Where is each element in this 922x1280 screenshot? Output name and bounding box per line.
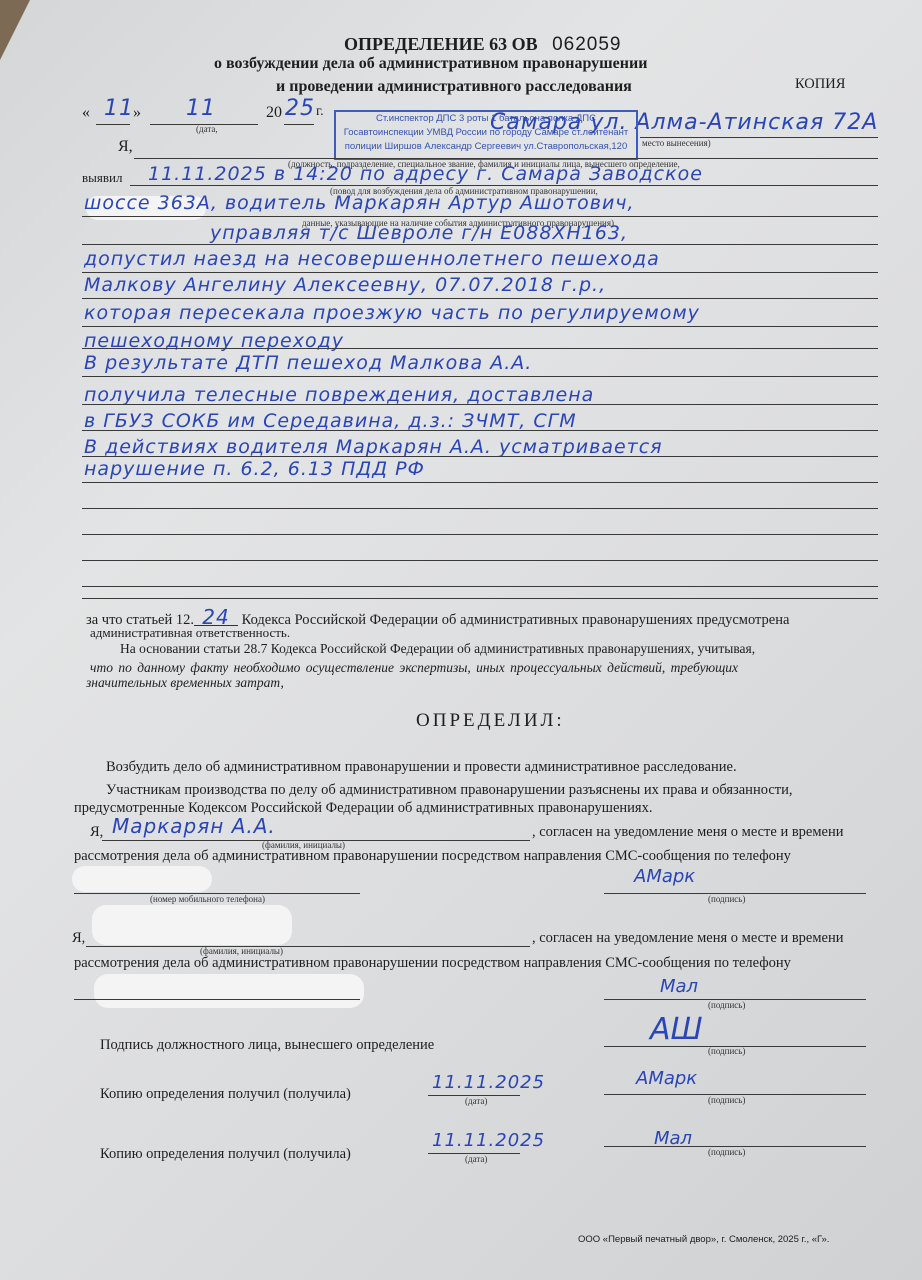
year-suffix: 25 (285, 96, 315, 121)
ruled-line (82, 376, 878, 377)
ruled-line (82, 482, 878, 483)
torn-corner (0, 0, 30, 60)
date-caption: (дата, (196, 124, 218, 134)
copy-mark: КОПИЯ (795, 76, 845, 93)
copy-1-label: Копию определения получил (получила) (100, 1086, 351, 1103)
subtitle-line-2: и проведении административного расследов… (276, 78, 632, 96)
ruled-line (82, 272, 878, 273)
ruled-line (82, 404, 878, 405)
ruled-line (82, 586, 878, 587)
decision-heading: ОПРЕДЕЛИЛ: (416, 710, 565, 732)
ruled-line (82, 598, 878, 599)
copy-2-label: Копию определения получил (получила) (100, 1146, 351, 1163)
ruled-line (82, 244, 878, 245)
date-close-quote: » (133, 104, 141, 122)
detected-line: В результате ДТП пешеход Малкова А.А. (84, 352, 532, 374)
copy-2-date: 11.11.2025 (432, 1130, 545, 1151)
ruled-line (82, 534, 878, 535)
detected-line: 11.11.2025 в 14:20 по адресу г. Самара З… (148, 163, 703, 185)
date-open-quote: « (82, 104, 90, 122)
detected-line: управляя т/с Шевроле г/н Е088ХН163, (210, 222, 628, 244)
ruled-line (82, 298, 878, 299)
consent-2-prefix: Я, (72, 930, 85, 947)
consent-2-text-1: , согласен на уведомление меня о месте и… (532, 930, 844, 947)
copy-1-signature-caption: (подпись) (708, 1095, 745, 1105)
ruled-line (82, 456, 878, 457)
detected-label: выявил (82, 170, 122, 186)
copy-2-signature-caption: (подпись) (708, 1147, 745, 1157)
phone-redaction-2 (94, 974, 364, 1008)
consent-1-phone-caption: (номер мобильного телефона) (150, 894, 265, 904)
consent-2-name-underline (86, 946, 530, 947)
basis-line-2: что по данному факту необходимо осуществ… (90, 660, 738, 676)
official-signature: АШ (650, 1012, 703, 1047)
article-line-2: административная ответственность. (90, 625, 290, 641)
officer-stamp: Ст.инспектор ДПС 3 роты 1 батальона полк… (334, 110, 638, 160)
copy-1-signature: АМарк (636, 1068, 697, 1089)
date-day: 11 (104, 96, 134, 121)
ruled-line (82, 326, 878, 327)
consent-1-signature: АМарк (634, 866, 695, 887)
detected-line: которая пересекала проезжую часть по рег… (84, 302, 700, 324)
consent-2-text-2: рассмотрения дела об административном пр… (74, 955, 791, 972)
phone-redaction-1 (72, 866, 212, 892)
copy-1-date-caption: (дата) (465, 1096, 487, 1106)
ruled-line (82, 216, 878, 217)
consent-1-text-1: , согласен на уведомление меня о месте и… (532, 824, 844, 841)
consent-2-phone-underline (74, 999, 360, 1000)
document-title: ОПРЕДЕЛЕНИЕ 63 ОВ 062059 (344, 34, 622, 56)
copy-2-date-caption: (дата) (465, 1154, 487, 1164)
consent-1-name: Маркарян А.А. (112, 814, 276, 838)
detected-line: шоссе 363А, водитель Маркарян Артур Ашот… (84, 192, 635, 214)
name-redaction-2 (92, 905, 292, 945)
place-caption: место вынесения) (642, 138, 711, 148)
detected-line: допустил наезд на несовершеннолетнего пе… (84, 248, 660, 270)
ruled-line (82, 560, 878, 561)
official-signature-label: Подпись должностного лица, вынесшего опр… (100, 1037, 434, 1054)
article-number: 24 (194, 609, 238, 626)
official-signature-caption: (подпись) (708, 1046, 745, 1056)
consent-1-prefix: Я, (90, 824, 103, 841)
subtitle-line-1: о возбуждении дела об административном п… (214, 55, 647, 73)
basis-line-3: значительных временных затрат, (86, 675, 284, 691)
article-suffix: Кодекса Российской Федерации об админист… (242, 612, 790, 628)
ruled-line (130, 185, 878, 186)
consent-2-signature-caption: (подпись) (708, 1000, 745, 1010)
ruled-line (82, 508, 878, 509)
consent-2-signature: Мал (660, 976, 698, 997)
document-page: ОПРЕДЕЛЕНИЕ 63 ОВ 062059 о возбуждении д… (0, 0, 922, 1280)
stamp-line-1: Ст.инспектор ДПС 3 роты 1 батальона полк… (336, 112, 636, 126)
officer-prefix: Я, (118, 138, 133, 156)
document-number: 062059 (552, 34, 621, 55)
consent-1-text-2: рассмотрения дела об административном пр… (74, 848, 791, 865)
title-text: ОПРЕДЕЛЕНИЕ 63 ОВ (344, 34, 538, 54)
day-underline (96, 124, 130, 125)
printer-imprint: ООО «Первый печатный двор», г. Смоленск,… (578, 1234, 829, 1245)
year-prefix: 20 (266, 104, 282, 122)
decision-para-1: Возбудить дело об административном право… (106, 759, 737, 776)
date-month: 11 (186, 96, 216, 121)
stamp-line-3: полиции Ширшов Александр Сергеевич ул.Ст… (336, 140, 636, 154)
stamp-line-2: Госавтоинспекции УМВД России по городу С… (336, 126, 636, 140)
detected-line: Малкову Ангелину Алексеевну, 07.07.2018 … (84, 274, 606, 296)
consent-1-signature-caption: (подпись) (708, 894, 745, 904)
copy-1-date: 11.11.2025 (432, 1072, 545, 1093)
detected-line: в ГБУЗ СОКБ им Середавина, д.з.: ЗЧМТ, С… (84, 410, 577, 432)
ruled-line (82, 430, 878, 431)
detected-line: В действиях водителя Маркарян А.А. усмат… (84, 436, 663, 458)
decision-para-2-line-1: Участникам производства по делу об админ… (106, 782, 792, 799)
year-unit: г. (316, 104, 324, 120)
ruled-line (82, 348, 878, 349)
year-underline (284, 124, 314, 125)
basis-line-1: На основании статьи 28.7 Кодекса Российс… (120, 641, 755, 657)
detected-line: получила телесные повреждения, доставлен… (84, 384, 594, 406)
detected-line: нарушение п. 6.2, 6.13 ПДД РФ (84, 458, 425, 480)
